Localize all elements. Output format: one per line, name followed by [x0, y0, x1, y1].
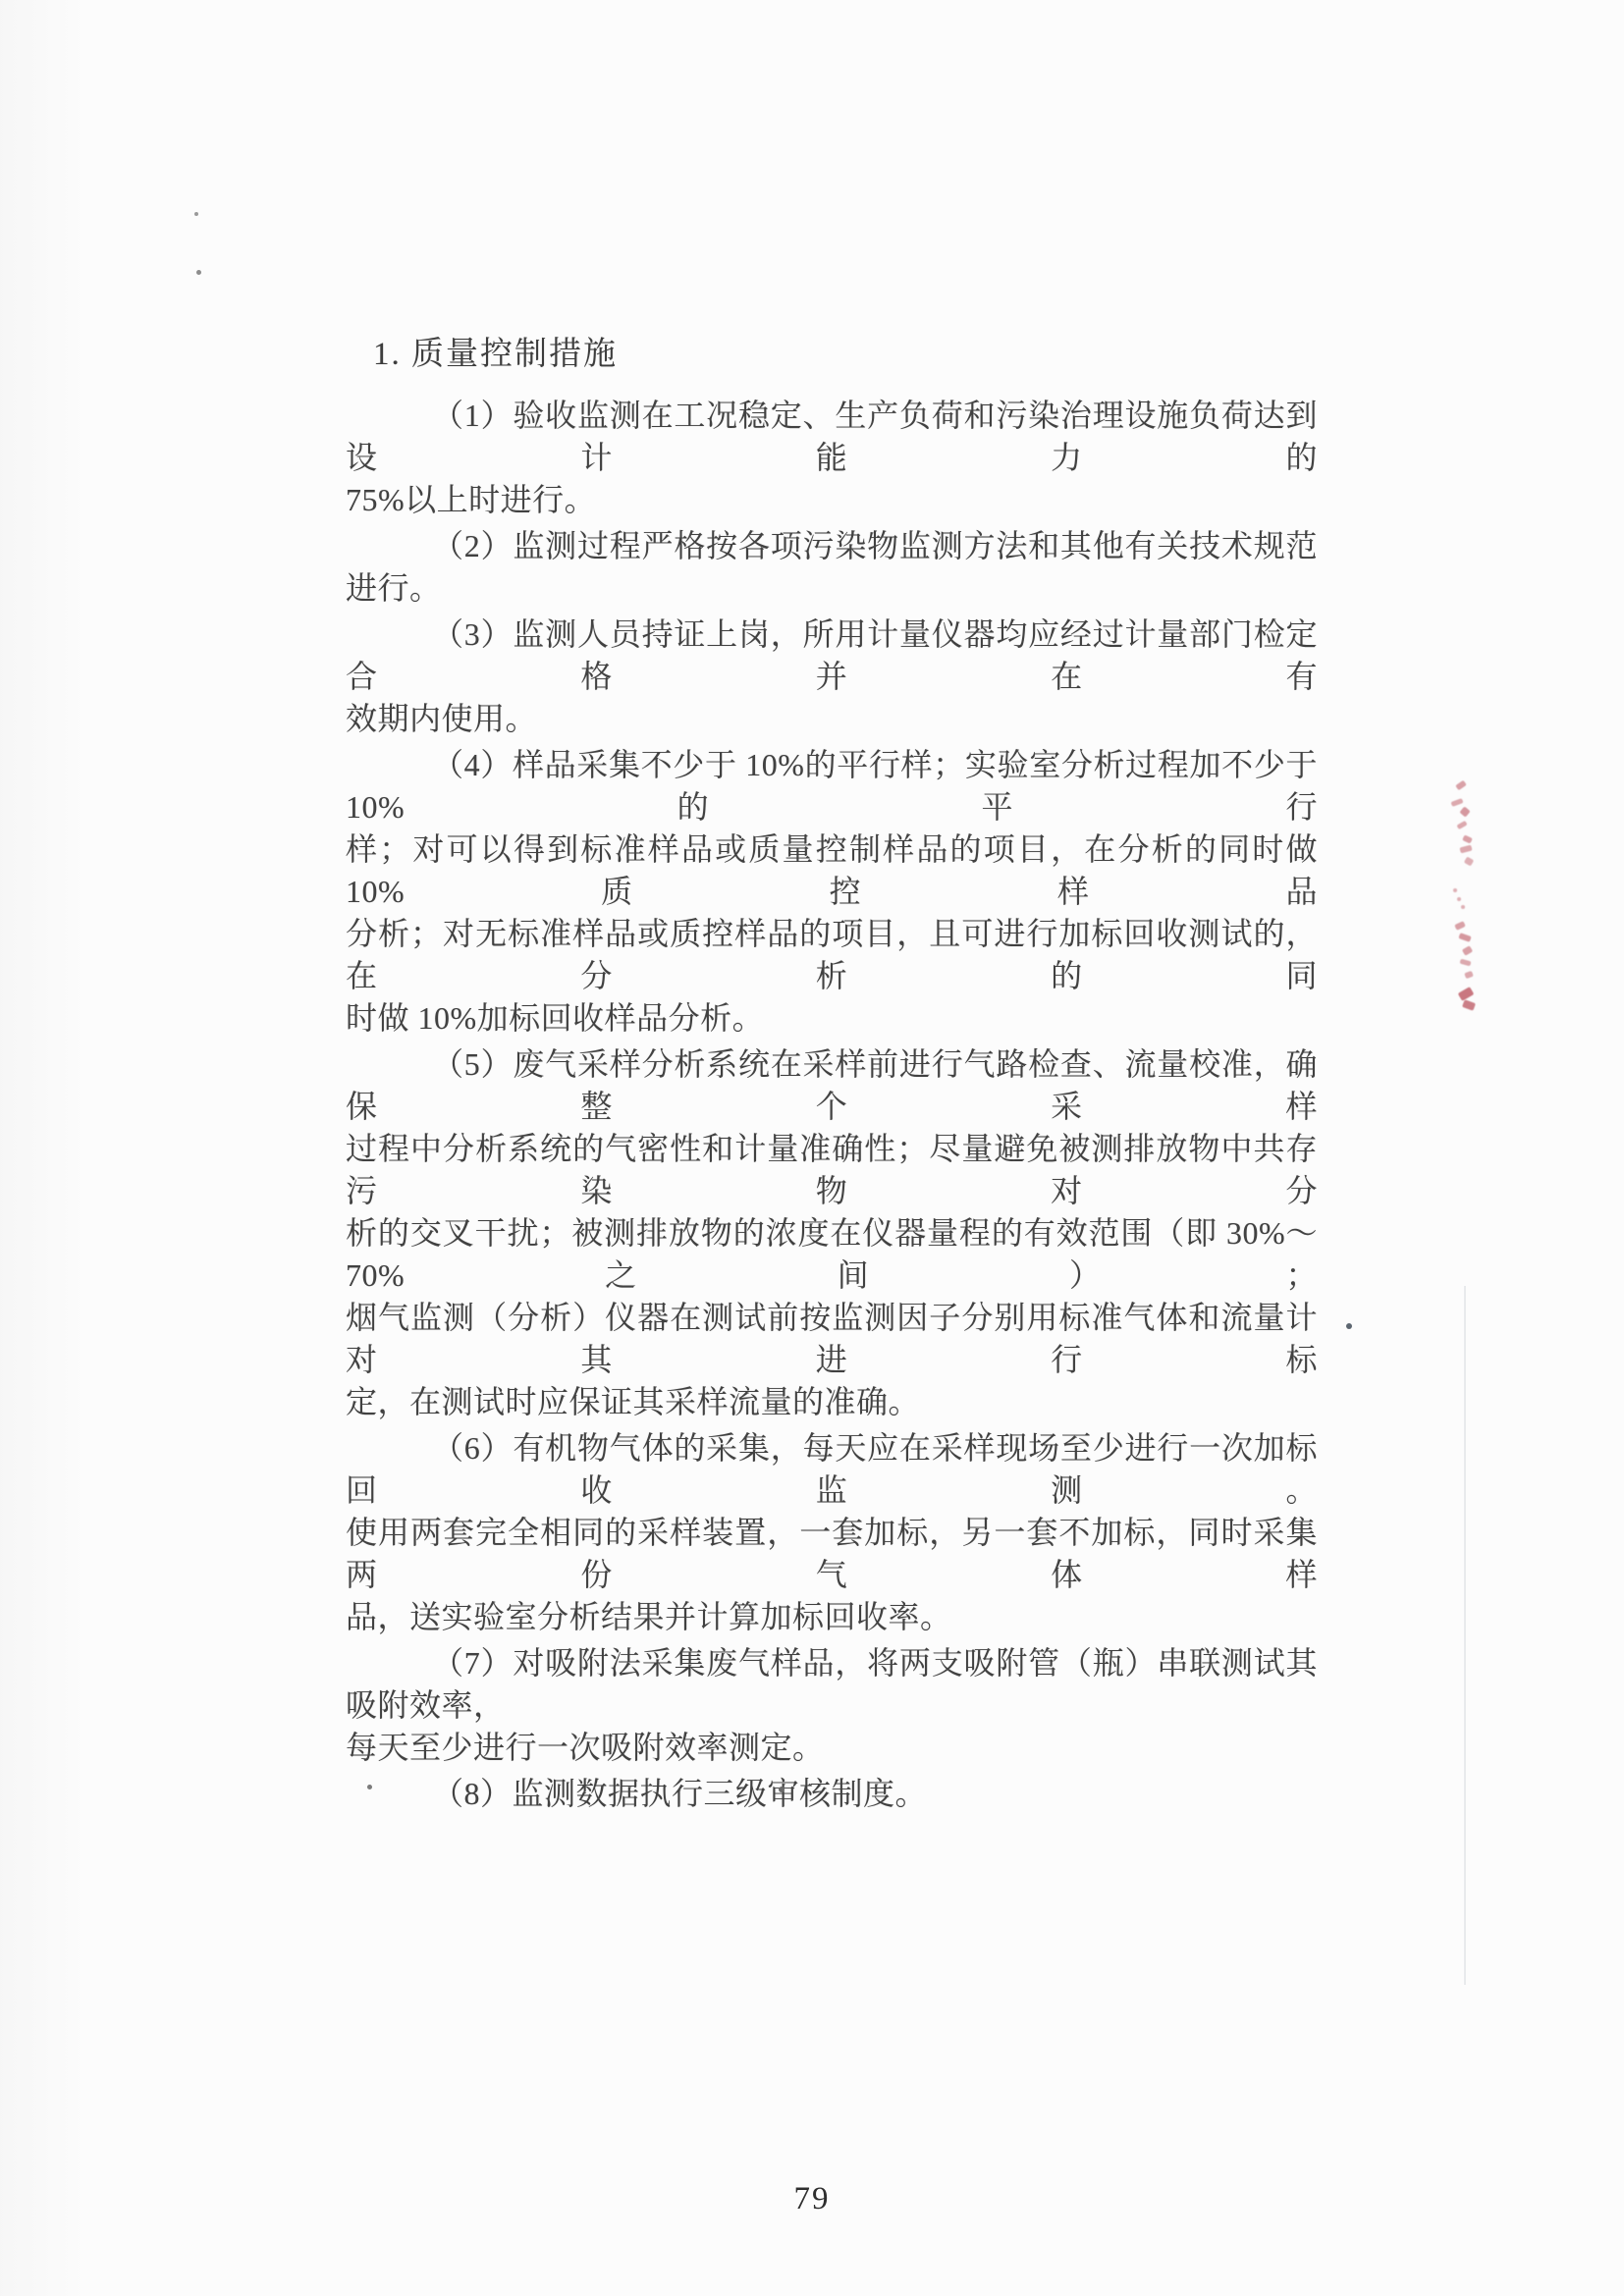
paragraph: （5）废气采样分析系统在采样前进行气路检查、流量校准，确保整个采样过程中分析系统… — [346, 1043, 1318, 1423]
scan-speck — [194, 212, 198, 216]
text-line: 样；对可以得到标准样品或质量控制样品的项目，在分析的同时做 10%质控样品 — [346, 828, 1318, 913]
text-line: 时做 10%加标回收样品分析。 — [346, 997, 1318, 1040]
scan-artifact-line — [1464, 1286, 1466, 1985]
stamp-stroke — [1460, 959, 1472, 967]
scanned-document-page: 1. 质量控制措施 （1）验收监测在工况稳定、生产负荷和污染治理设施负荷达到设计… — [0, 0, 1624, 2296]
text-line: 每天至少进行一次吸附效率测定。 — [346, 1727, 1318, 1769]
text-line: （2）监测过程严格按各项污染物监测方法和其他有关技术规范进行。 — [346, 525, 1318, 610]
page-number: 79 — [0, 2181, 1624, 2217]
text-line: 烟气监测（分析）仪器在测试前按监测因子分别用标准气体和流量计对其进行标 — [346, 1297, 1318, 1381]
text-line: （5）废气采样分析系统在采样前进行气路检查、流量校准，确保整个采样 — [346, 1043, 1318, 1128]
text-line: （4）样品采集不少于 10%的平行样；实验室分析过程加不少于 10%的平行 — [346, 744, 1318, 828]
stamp-stroke — [1461, 905, 1465, 909]
text-line: 75%以上时进行。 — [346, 479, 1318, 521]
stamp-stroke — [1451, 798, 1464, 807]
stamp-stroke — [1464, 856, 1474, 866]
paragraph: （4）样品采集不少于 10%的平行样；实验室分析过程加不少于 10%的平行样；对… — [346, 744, 1318, 1040]
text-line: 定，在测试时应保证其采样流量的准确。 — [346, 1381, 1318, 1423]
red-stamp-fragment — [1434, 766, 1483, 1031]
paragraph-list: （1）验收监测在工况稳定、生产负荷和污染治理设施负荷达到设计能力的75%以上时进… — [346, 395, 1318, 1815]
text-line: 品，送实验室分析结果并计算加标回收率。 — [346, 1596, 1318, 1638]
scan-speck — [1346, 1323, 1352, 1329]
stamp-stroke — [1453, 888, 1457, 892]
stamp-stroke — [1462, 945, 1473, 956]
stamp-stroke — [1455, 780, 1467, 791]
text-line: （7）对吸附法采集废气样品，将两支吸附管（瓶）串联测试其吸附效率， — [346, 1642, 1318, 1727]
stamp-stroke — [1456, 821, 1467, 829]
text-line: （6）有机物气体的采集，每天应在采样现场至少进行一次加标回收监测。 — [346, 1427, 1318, 1512]
scan-speck — [779, 1787, 785, 1792]
text-line: （3）监测人员持证上岗，所用计量仪器均应经过计量部门检定合格并在有 — [346, 614, 1318, 698]
stamp-stroke — [1462, 834, 1473, 843]
stamp-stroke — [1459, 845, 1472, 854]
paragraph: （7）对吸附法采集废气样品，将两支吸附管（瓶）串联测试其吸附效率，每天至少进行一… — [346, 1642, 1318, 1769]
paragraph: （2）监测过程严格按各项污染物监测方法和其他有关技术规范进行。 — [346, 525, 1318, 610]
text-line: 过程中分析系统的气密性和计量准确性；尽量避免被测排放物中共存污染物对分 — [346, 1128, 1318, 1212]
paragraph: （8）监测数据执行三级审核制度。 — [346, 1773, 1318, 1815]
section-title: 1. 质量控制措施 — [346, 334, 1318, 376]
scan-speck — [367, 1785, 372, 1789]
stamp-stroke — [1459, 806, 1470, 817]
stamp-stroke — [1462, 999, 1476, 1011]
text-line: 分析；对无标准样品或质控样品的项目，且可进行加标回收测试的，在分析的同 — [346, 913, 1318, 997]
text-line: （8）监测数据执行三级审核制度。 — [346, 1773, 1318, 1815]
text-line: 效期内使用。 — [346, 698, 1318, 740]
stamp-stroke — [1454, 921, 1466, 931]
scan-speck — [196, 270, 201, 275]
paragraph: （1）验收监测在工况稳定、生产负荷和污染治理设施负荷达到设计能力的75%以上时进… — [346, 395, 1318, 521]
stamp-stroke — [1457, 897, 1461, 901]
stamp-stroke — [1464, 971, 1474, 979]
text-block: 1. 质量控制措施 （1）验收监测在工况稳定、生产负荷和污染治理设施负荷达到设计… — [346, 334, 1318, 1815]
stamp-stroke — [1458, 987, 1475, 1001]
text-line: （1）验收监测在工况稳定、生产负荷和污染治理设施负荷达到设计能力的 — [346, 395, 1318, 479]
paragraph: （6）有机物气体的采集，每天应在采样现场至少进行一次加标回收监测。使用两套完全相… — [346, 1427, 1318, 1638]
text-line: 使用两套完全相同的采样装置，一套加标，另一套不加标，同时采集两份气体样 — [346, 1512, 1318, 1596]
paragraph: （3）监测人员持证上岗，所用计量仪器均应经过计量部门检定合格并在有效期内使用。 — [346, 614, 1318, 740]
stamp-stroke — [1458, 933, 1471, 942]
text-line: 析的交叉干扰；被测排放物的浓度在仪器量程的有效范围（即 30%～70%之间）； — [346, 1212, 1318, 1297]
